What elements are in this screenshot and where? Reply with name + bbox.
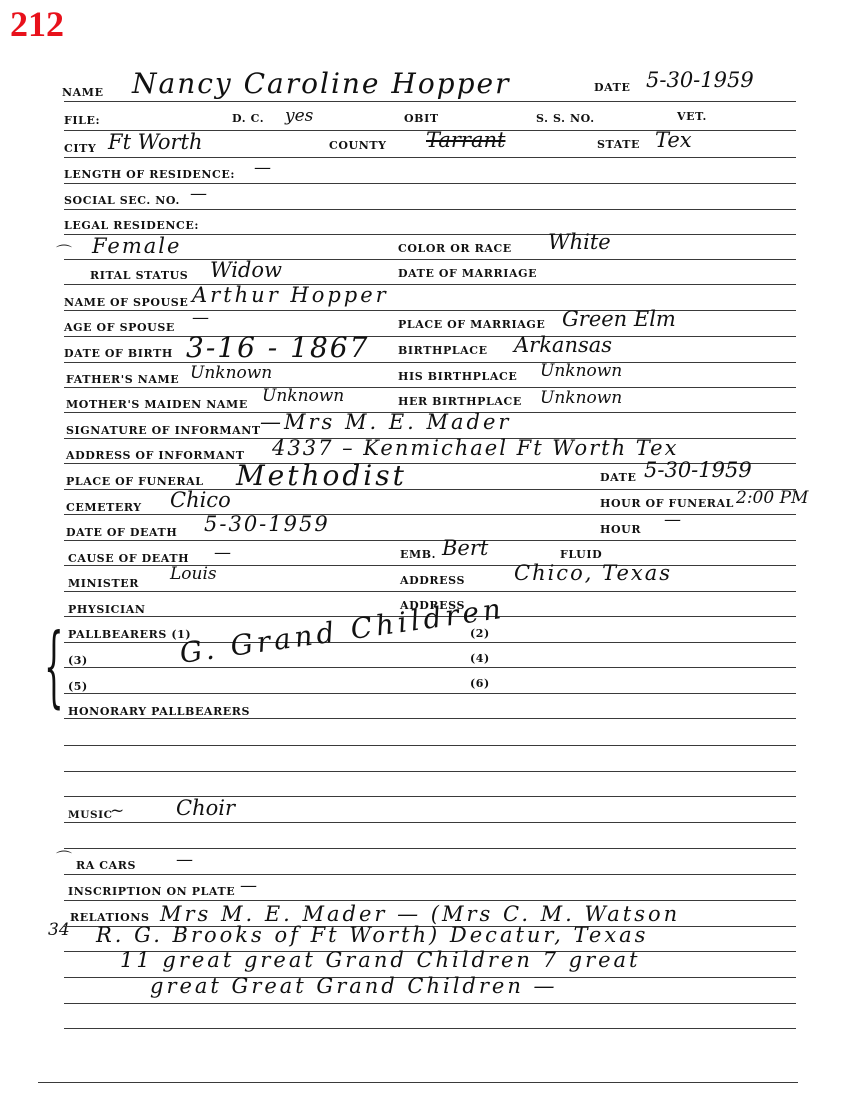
rule-bottom (38, 1082, 798, 1083)
rule-cemetery (64, 514, 796, 515)
label-color-or-race: COLOR OR RACE (398, 243, 512, 255)
label-music: MUSIC (68, 809, 113, 821)
rule-relations-4 (64, 1003, 796, 1004)
value-fathers-name[interactable]: Unknown (190, 365, 272, 382)
value-emb[interactable]: Bert (442, 538, 488, 559)
relations-line-4[interactable]: great Great Grand Children — (150, 976, 558, 997)
label-place-of-funeral: PLACE OF FUNERAL (66, 476, 204, 488)
label-length-of-residence: LENGTH OF RESIDENCE: (64, 169, 235, 181)
label-fathers-name: FATHER'S NAME (66, 374, 179, 386)
value-length-of-residence[interactable]: — (254, 160, 271, 177)
label-vet: VET. (677, 111, 707, 123)
label-name-of-spouse: NAME OF SPOUSE (64, 297, 188, 309)
label-emb: EMB. (400, 549, 436, 561)
rule-minister (64, 591, 796, 592)
value-sex[interactable]: Female (92, 236, 181, 257)
value-county[interactable]: Tarrant (426, 130, 505, 151)
label-dc: D. C. (232, 113, 264, 125)
label-age-of-spouse: AGE OF SPOUSE (64, 322, 175, 334)
label-place-of-marriage: PLACE OF MARRIAGE (398, 319, 545, 331)
label-funeral-date: DATE (600, 472, 636, 484)
label-legal-residence: LEGAL RESIDENCE: (64, 220, 199, 232)
label-extra-cars: RA CARS (76, 860, 136, 872)
rule-date-of-death (64, 540, 796, 541)
value-place-of-marriage[interactable]: Green Elm (562, 309, 676, 330)
label-city: CITY (64, 143, 96, 155)
label-date: DATE (594, 82, 630, 94)
value-address-of-informant[interactable]: 4337 – Kenmichael Ft Worth Tex (272, 438, 678, 459)
rule-inscription (64, 900, 796, 901)
rule-music (64, 822, 796, 823)
value-his-birthplace[interactable]: Unknown (540, 363, 622, 380)
label-pallbearers-1: PALLBEARERS (1) (68, 629, 191, 641)
label-his-birthplace: HIS BIRTHPLACE (398, 371, 517, 383)
rule-date-of-birth (64, 362, 796, 363)
rule-music-2 (64, 848, 796, 849)
value-funeral-date[interactable]: 5-30-1959 (644, 460, 752, 481)
label-hour-of-funeral: HOUR OF FUNERAL (600, 498, 734, 510)
value-minister[interactable]: Louis (170, 566, 217, 583)
rule-extra-cars (64, 874, 796, 875)
rule-city (64, 157, 796, 158)
label-cemetery: CEMETERY (66, 502, 142, 514)
value-cemetery[interactable]: Chico (170, 490, 231, 511)
value-music[interactable]: Choir (176, 798, 235, 819)
rule-honorary-3 (64, 771, 796, 772)
rule-pallbearers-2 (64, 667, 796, 668)
value-date-of-birth[interactable]: 3-16 - 1867 (186, 334, 369, 362)
value-state[interactable]: Tex (655, 130, 692, 151)
value-city[interactable]: Ft Worth (108, 132, 203, 153)
relations-line-1[interactable]: Mrs M. E. Mader — (Mrs C. M. Watson (160, 904, 680, 925)
label-social-sec-no: SOCIAL SEC. NO. (64, 195, 180, 207)
fold-mark-2: ⌒ (56, 846, 72, 869)
label-date-of-death: DATE OF DEATH (66, 527, 177, 539)
label-mothers-maiden-name: MOTHER'S MAIDEN NAME (66, 399, 248, 411)
value-name-of-spouse[interactable]: Arthur Hopper (192, 285, 389, 306)
label-date-of-marriage: DATE OF MARRIAGE (398, 268, 537, 280)
rule-length-of-residence (64, 183, 796, 184)
label-inscription-on-plate: INSCRIPTION ON PLATE (68, 886, 235, 898)
rule-name-of-spouse (64, 310, 796, 311)
value-social-sec-no[interactable]: — (190, 186, 207, 203)
label-date-of-birth: DATE OF BIRTH (64, 348, 173, 360)
rule-fathers-name (64, 387, 796, 388)
label-pallbearers-5: (5) (68, 681, 88, 693)
rule-social-sec-no (64, 209, 796, 210)
value-date-of-death[interactable]: 5-30-1959 (204, 514, 330, 535)
value-birthplace[interactable]: Arkansas (514, 335, 612, 356)
value-marital-status[interactable]: Widow (210, 260, 282, 281)
value-minister-address[interactable]: Chico, Texas (514, 563, 672, 584)
rule-pallbearers-3 (64, 693, 796, 694)
label-minister: MINISTER (68, 578, 139, 590)
rule-age-of-spouse (64, 336, 796, 337)
value-pallbearers[interactable]: G. Grand Children (178, 595, 506, 668)
pallbearers-bracket: { (44, 622, 64, 710)
value-inscription-on-plate[interactable]: — (240, 878, 257, 895)
label-ss-no: S. S. NO. (536, 113, 595, 125)
label-pallbearers-4: (4) (470, 653, 490, 665)
label-address-of-informant: ADDRESS OF INFORMANT (66, 450, 245, 462)
label-signature-of-informant: SIGNATURE OF INFORMANT (66, 425, 261, 437)
value-place-of-funeral[interactable]: Methodist (236, 462, 407, 490)
value-date[interactable]: 5-30-1959 (646, 70, 754, 91)
label-state: STATE (597, 139, 640, 151)
label-birthplace: BIRTHPLACE (398, 345, 488, 357)
value-cause-of-death[interactable]: — (214, 545, 231, 562)
value-name[interactable]: Nancy Caroline Hopper (132, 70, 510, 98)
rule-honorary-2 (64, 745, 796, 746)
rule-honorary-4 (64, 796, 796, 797)
label-county: COUNTY (329, 140, 387, 152)
value-dc[interactable]: yes (285, 108, 313, 125)
label-marital-status: RITAL STATUS (90, 270, 188, 282)
label-pallbearers-3: (3) (68, 655, 88, 667)
value-extra-cars[interactable]: — (176, 852, 193, 869)
rule-sex (64, 259, 796, 260)
label-pallbearers-6: (6) (470, 678, 490, 690)
value-hour-of-funeral[interactable]: 2:00 PM (736, 490, 808, 507)
value-mothers-maiden-name[interactable]: Unknown (262, 388, 344, 405)
relations-line-3[interactable]: 11 great great Grand Children 7 great (120, 950, 641, 971)
label-fluid: FLUID (560, 549, 602, 561)
label-her-birthplace: HER BIRTHPLACE (398, 396, 522, 408)
label-physician: PHYSICIAN (68, 604, 146, 616)
value-hour[interactable]: — (664, 512, 681, 529)
label-hour: HOUR (600, 524, 641, 536)
rule-marital-status (64, 284, 796, 285)
rule-name (64, 101, 796, 102)
label-minister-address: ADDRESS (400, 575, 465, 587)
value-her-birthplace[interactable]: Unknown (540, 390, 622, 407)
value-color-or-race[interactable]: White (548, 232, 611, 253)
label-honorary-pallbearers: HONORARY PALLBEARERS (68, 706, 250, 718)
rule-pallbearers-1 (64, 642, 796, 643)
relations-line-2[interactable]: R. G. Brooks of Ft Worth) Decatur, Texas (96, 925, 648, 946)
page-number: 212 (10, 4, 64, 44)
label-pallbearers-2: (2) (470, 628, 490, 640)
label-name: NAME (62, 87, 104, 99)
music-dash: ~ (110, 803, 124, 820)
rule-honorary-1 (64, 718, 796, 719)
value-signature-of-informant[interactable]: —Mrs M. E. Mader (260, 412, 511, 433)
rule-relations-5 (64, 1028, 796, 1029)
label-file: FILE: (64, 115, 100, 127)
label-obit: OBIT (404, 113, 439, 125)
value-age-of-spouse[interactable]: — (192, 310, 209, 327)
relations-margin-note: 34 (48, 922, 70, 939)
